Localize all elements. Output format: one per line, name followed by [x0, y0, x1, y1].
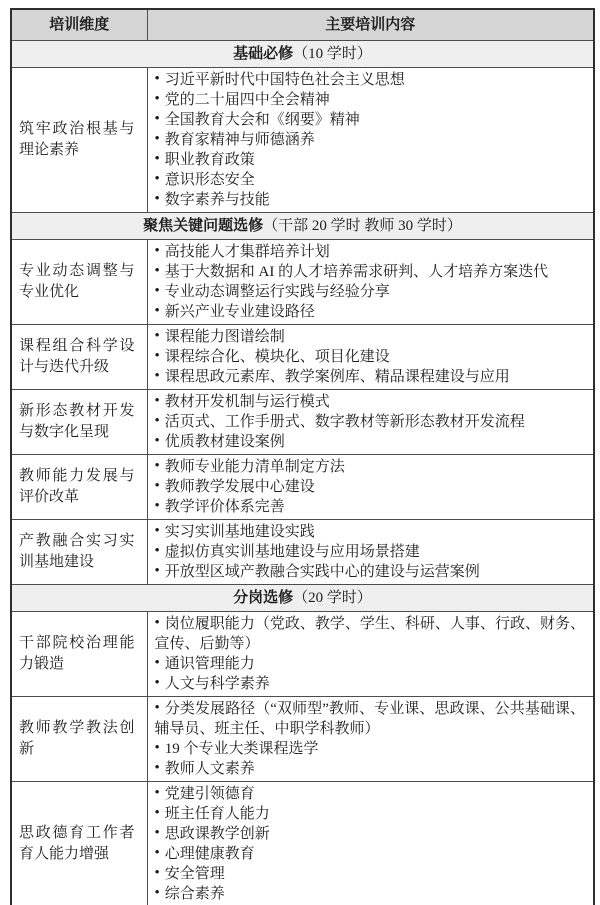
dimension-label: 产教融合实习实训基地建设 [19, 531, 135, 573]
bullet-icon: • [155, 431, 160, 451]
bullet-item: •心理健康教育 [155, 844, 586, 864]
bullet-item: •虚拟仿真实训基地建设与应用场景搭建 [155, 542, 586, 562]
bullet-icon: • [155, 698, 160, 718]
table-row: 课程组合科学设计与迭代升级•课程能力图谱绘制•课程综合化、模块化、项目化建设•课… [11, 325, 594, 390]
dimension-cell: 思政德育工作者育人能力增强 [11, 782, 147, 905]
section-title-bold: 基础必修 [233, 46, 293, 62]
table-body: 基础必修（10 学时）筑牢政治根基与理论素养•习近平新时代中国特色社会主义思想•… [11, 41, 594, 905]
content-cell: •岗位履职能力（党政、教学、学生、科研、人事、行政、财务、宣传、后勤等）•通识管… [147, 612, 594, 697]
dimension-cell: 产教融合实习实训基地建设 [11, 520, 147, 585]
bullet-item: •课程能力图谱绘制 [155, 327, 586, 347]
bullet-icon: • [155, 189, 160, 209]
bullet-icon: • [155, 476, 160, 496]
content-cell: •分类发展路径（“双师型”教师、专业课、思政课、公共基础课、辅导员、班主任、中职… [147, 697, 594, 782]
dimension-label: 教师教学教法创新 [19, 718, 135, 760]
table-row: 筑牢政治根基与理论素养•习近平新时代中国特色社会主义思想•党的二十届四中全会精神… [11, 68, 594, 213]
bullet-item: •高技能人才集群培养计划 [155, 242, 586, 262]
table-header-row: 培训维度 主要培训内容 [11, 9, 594, 41]
bullet-icon: • [155, 89, 160, 109]
bullet-icon: • [155, 411, 160, 431]
dimension-label: 思政德育工作者育人能力增强 [19, 823, 135, 865]
dimension-label: 干部院校治理能力锻造 [19, 633, 135, 675]
table-row: 干部院校治理能力锻造•岗位履职能力（党政、教学、学生、科研、人事、行政、财务、宣… [11, 612, 594, 697]
bullet-item: •课程综合化、模块化、项目化建设 [155, 347, 586, 367]
bullet-item: •班主任育人能力 [155, 804, 586, 824]
dimension-label: 专业动态调整与专业优化 [19, 261, 135, 303]
table-row: 教师教学教法创新•分类发展路径（“双师型”教师、专业课、思政课、公共基础课、辅导… [11, 697, 594, 782]
bullet-icon: • [155, 496, 160, 516]
bullet-icon: • [155, 863, 160, 883]
bullet-icon: • [155, 109, 160, 129]
section-title-bold: 聚焦关键问题选修 [143, 218, 263, 234]
dimension-label: 教师能力发展与评价改革 [19, 466, 135, 508]
bullet-icon: • [155, 521, 160, 541]
content-cell: •课程能力图谱绘制•课程综合化、模块化、项目化建设•课程思政元素库、教学案例库、… [147, 325, 594, 390]
dimension-label: 筑牢政治根基与理论素养 [19, 119, 135, 161]
bullet-item: •人文与科学素养 [155, 674, 586, 694]
bullet-icon: • [155, 758, 160, 778]
bullet-icon: • [155, 783, 160, 803]
bullet-item: •党建引领德育 [155, 784, 586, 804]
section-header-row: 基础必修（10 学时） [11, 41, 594, 68]
column-header-content: 主要培训内容 [147, 9, 594, 41]
bullet-item: •思政课教学创新 [155, 824, 586, 844]
bullet-icon: • [155, 823, 160, 843]
section-header-row: 聚焦关键问题选修（干部 20 学时 教师 30 学时） [11, 213, 594, 240]
table-row: 产教融合实习实训基地建设•实习实训基地建设实践•虚拟仿真实训基地建设与应用场景搭… [11, 520, 594, 585]
section-title: 基础必修（10 学时） [11, 41, 594, 68]
content-cell: •实习实训基地建设实践•虚拟仿真实训基地建设与应用场景搭建•开放型区域产教融合实… [147, 520, 594, 585]
section-title: 聚焦关键问题选修（干部 20 学时 教师 30 学时） [11, 213, 594, 240]
bullet-item: •职业教育政策 [155, 150, 586, 170]
dimension-label: 课程组合科学设计与迭代升级 [19, 336, 135, 378]
column-header-dimension: 培训维度 [11, 9, 147, 41]
bullet-icon: • [155, 541, 160, 561]
bullet-item: •综合素养 [155, 884, 586, 904]
bullet-icon: • [155, 346, 160, 366]
bullet-icon: • [155, 673, 160, 693]
dimension-cell: 课程组合科学设计与迭代升级 [11, 325, 147, 390]
bullet-item: •开放型区域产教融合实践中心的建设与运营案例 [155, 562, 586, 582]
dimension-cell: 新形态教材开发与数字化呈现 [11, 390, 147, 455]
bullet-icon: • [155, 653, 160, 673]
bullet-item: •习近平新时代中国特色社会主义思想 [155, 70, 586, 90]
document-page: 培训维度 主要培训内容 基础必修（10 学时）筑牢政治根基与理论素养•习近平新时… [0, 0, 600, 905]
bullet-icon: • [155, 391, 160, 411]
bullet-icon: • [155, 561, 160, 581]
bullet-icon: • [155, 326, 160, 346]
bullet-item: •专业动态调整运行实践与经验分享 [155, 282, 586, 302]
content-cell: •高技能人才集群培养计划•基于大数据和 AI 的人才培养需求研判、人才培养方案迭… [147, 240, 594, 325]
bullet-item: •活页式、工作手册式、数字教材等新形态教材开发流程 [155, 412, 586, 432]
section-title-bold: 分岗选修 [233, 590, 293, 606]
section-header-row: 分岗选修（20 学时） [11, 585, 594, 612]
bullet-icon: • [155, 261, 160, 281]
bullet-item: •教育家精神与师德涵养 [155, 130, 586, 150]
bullet-item: •教师人文素养 [155, 759, 586, 779]
bullet-item: •党的二十届四中全会精神 [155, 90, 586, 110]
dimension-cell: 教师能力发展与评价改革 [11, 455, 147, 520]
bullet-item: •优质教材建设案例 [155, 432, 586, 452]
bullet-item: •数字素养与技能 [155, 190, 586, 210]
bullet-item: •19 个专业大类课程选学 [155, 739, 586, 759]
dimension-cell: 专业动态调整与专业优化 [11, 240, 147, 325]
content-cell: •教师专业能力清单制定方法•教师教学发展中心建设•教学评价体系完善 [147, 455, 594, 520]
bullet-item: •安全管理 [155, 864, 586, 884]
bullet-item: •教师教学发展中心建设 [155, 477, 586, 497]
bullet-item: •通识管理能力 [155, 654, 586, 674]
bullet-item: •岗位履职能力（党政、教学、学生、科研、人事、行政、财务、宣传、后勤等） [155, 614, 586, 654]
bullet-icon: • [155, 738, 160, 758]
bullet-item: •实习实训基地建设实践 [155, 522, 586, 542]
training-table: 培训维度 主要培训内容 基础必修（10 学时）筑牢政治根基与理论素养•习近平新时… [10, 8, 595, 905]
bullet-item: •全国教育大会和《纲要》精神 [155, 110, 586, 130]
bullet-item: •基于大数据和 AI 的人才培养需求研判、人才培养方案迭代 [155, 262, 586, 282]
bullet-icon: • [155, 149, 160, 169]
bullet-icon: • [155, 456, 160, 476]
section-title: 分岗选修（20 学时） [11, 585, 594, 612]
dimension-label: 新形态教材开发与数字化呈现 [19, 401, 135, 443]
bullet-icon: • [155, 366, 160, 386]
table-row: 思政德育工作者育人能力增强•党建引领德育•班主任育人能力•思政课教学创新•心理健… [11, 782, 594, 905]
bullet-icon: • [155, 129, 160, 149]
bullet-item: •教材开发机制与运行模式 [155, 392, 586, 412]
bullet-icon: • [155, 281, 160, 301]
dimension-cell: 干部院校治理能力锻造 [11, 612, 147, 697]
content-cell: •习近平新时代中国特色社会主义思想•党的二十届四中全会精神•全国教育大会和《纲要… [147, 68, 594, 213]
bullet-icon: • [155, 883, 160, 903]
content-cell: •教材开发机制与运行模式•活页式、工作手册式、数字教材等新形态教材开发流程•优质… [147, 390, 594, 455]
bullet-icon: • [155, 613, 160, 633]
table-row: 专业动态调整与专业优化•高技能人才集群培养计划•基于大数据和 AI 的人才培养需… [11, 240, 594, 325]
bullet-item: •新兴产业专业建设路径 [155, 302, 586, 322]
bullet-item: •意识形态安全 [155, 170, 586, 190]
bullet-icon: • [155, 843, 160, 863]
bullet-item: •分类发展路径（“双师型”教师、专业课、思政课、公共基础课、辅导员、班主任、中职… [155, 699, 586, 739]
dimension-cell: 筑牢政治根基与理论素养 [11, 68, 147, 213]
dimension-cell: 教师教学教法创新 [11, 697, 147, 782]
table-row: 教师能力发展与评价改革•教师专业能力清单制定方法•教师教学发展中心建设•教学评价… [11, 455, 594, 520]
bullet-item: •教学评价体系完善 [155, 497, 586, 517]
bullet-icon: • [155, 803, 160, 823]
bullet-icon: • [155, 169, 160, 189]
bullet-item: •教师专业能力清单制定方法 [155, 457, 586, 477]
bullet-item: •课程思政元素库、教学案例库、精品课程建设与应用 [155, 367, 586, 387]
bullet-icon: • [155, 69, 160, 89]
content-cell: •党建引领德育•班主任育人能力•思政课教学创新•心理健康教育•安全管理•综合素养 [147, 782, 594, 905]
bullet-icon: • [155, 301, 160, 321]
table-row: 新形态教材开发与数字化呈现•教材开发机制与运行模式•活页式、工作手册式、数字教材… [11, 390, 594, 455]
bullet-icon: • [155, 241, 160, 261]
